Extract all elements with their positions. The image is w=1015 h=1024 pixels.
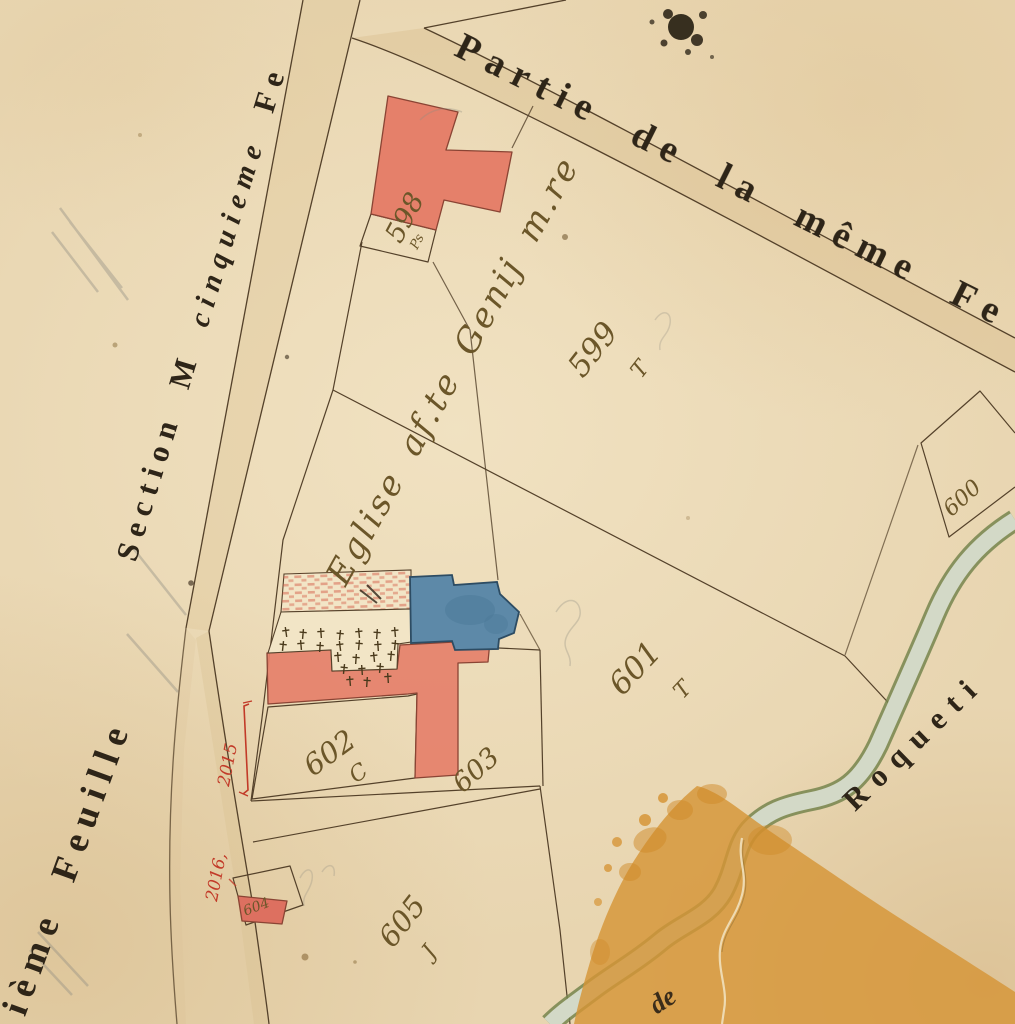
roads bbox=[168, 0, 1015, 1024]
cadastral-map: Partie de la même Fe Section M cinquieme… bbox=[0, 0, 1015, 1024]
ink-blot bbox=[650, 9, 715, 59]
road-top-lower-edge bbox=[352, 38, 1015, 372]
orange-stain bbox=[574, 784, 1015, 1024]
